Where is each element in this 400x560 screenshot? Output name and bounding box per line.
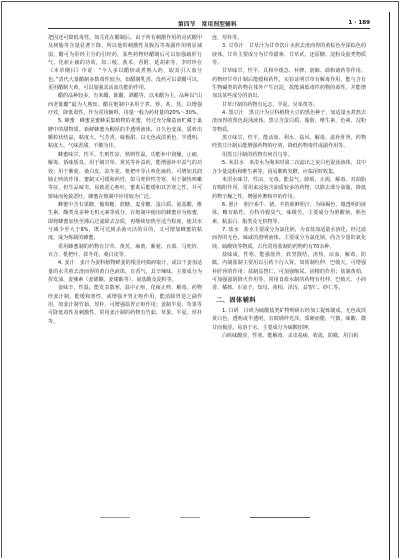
paragraph: 1. 白矾 白矾为硫酸盐类矿物明矾石经加工提炼制成，无色或淡黄白色，透明或半透明… [212,307,366,332]
paragraph: 4. 黑豆汁 黑豆汁为豆科植物大豆的黑色种子，加适量水煮熬去渣而得的黑色混浊液体… [212,109,366,134]
paragraph: 常用蜂蜜制的药物有甘草、黄芪、麻黄、紫菀、百部、马兜铃、百合、枇杷叶、款冬花、桑… [48,243,202,260]
paragraph: 黑豆味甘，性平。能活血、利水、祛风、解毒、滋补肝肾，药物经黑豆汁制后能增强药物的… [212,134,366,151]
paragraph: 米泔水味甘，性凉，无毒。能益气，除烦，止渴，解毒。对油脂有吸附作用，常用来浸泡含… [212,176,366,201]
paragraph: 甘草汁制的药物有远志、半夏、吴茱萸等。 [212,101,366,109]
left-text-column: 把因还可降低毒性。如芫花在醋制后，由于所有刺激作用的亮甙酸甲及树脂等含量显著下降… [48,34,202,464]
paragraph: 白矾味酸涩，性寒。能解毒，杀虫祛痰，收敛，防腐。用白矾 [212,332,366,340]
paragraph: 用黑豆汁制的药物有何首乌等。 [212,151,366,159]
paragraph: 姜味辛，性温。能发表散寒，温中止呕，化痰止咳，解毒。药物经姜汁制，能缓和寒性，或… [48,284,202,326]
scan-edge-line [389,12,390,560]
paragraph: 5. 蜂蜜 蜂蜜是蜜蜂采集植物的花蜜，经过充分酿造而贮藏于巢脾中的甜物质。新鲜蜂… [48,117,202,150]
running-header: 第四节 常用剂型辅料 1 · 189 [48,12,370,28]
paragraph: 蜂蜜味甘，性平。生则性凉，熟则性温。功能补中润燥，止痛，解毒，矫味矫臭。用于制甘… [48,151,202,201]
header-rule [48,28,370,29]
paragraph: 把因还可降低毒性。如芫花在醋制后，由于所有刺激作用的亮甙酸甲及树脂等含量显著下降… [48,34,202,92]
chapter-section-title: 第四节 常用剂型辅料 [178,20,237,28]
paragraph: 盐味咸，性寒。能强筋骨，软坚散结，清热，凉血，解毒，防腐。内制盐制主要用以引药下… [212,251,366,293]
page-number: 1 · 189 [348,20,370,26]
paragraph: 蜂蜜中含有果糖、葡萄糖、蔗糖、麦芽糖、蛋白质、氨基酸、维生素、酶类及多种无机元素… [48,201,202,243]
paragraph: 醋的品种较多，有米醋、陈醋、酒醋等，以米醋为主，品种以“山西老陈醋”最为人熟知。… [48,92,202,117]
paragraph: 6. 胆汁 胆汁系牛、猪、羊的新鲜胆汁，为绿褐色、微透明的液体，略有粘性，有特异… [212,201,366,226]
scan-artifacts [100,517,340,519]
right-text-column: 连、厚朴等。 3. 甘草汁 甘草汁为甘草饮片水煎去渣而得的黄棕色至深棕色的液体。… [212,34,366,478]
paragraph: 5. 米泔水 米泔水为淘米时第二次滤出之灰白色混浊液体，其中含少量淀粉和维生素等… [212,159,366,176]
paragraph: 3. 甘草汁 甘草汁为甘草饮片水煎去渣而得的黄棕色至深棕色的液体。甘草主要成分为… [212,42,366,67]
paragraph: 7. 盐水 盐水主要成分为氯化钠，为食盐加适量水溶化，经过滤而得的无色、味咸的澄… [212,226,366,251]
section-heading: 二、固体辅料 [212,297,366,305]
paragraph: 4. 姜汁 姜汁为姜科植物鲜姜的根茎经捣碎取汁，或以干姜加适量的水共煎去渣而得的… [48,259,202,284]
paragraph: 连、厚朴等。 [212,34,366,42]
paragraph: 甘草味甘，性平。具和中缓急、补脾、润肺、调和诸药等作用。药物经甘草汁制后能缓和药… [212,67,366,100]
